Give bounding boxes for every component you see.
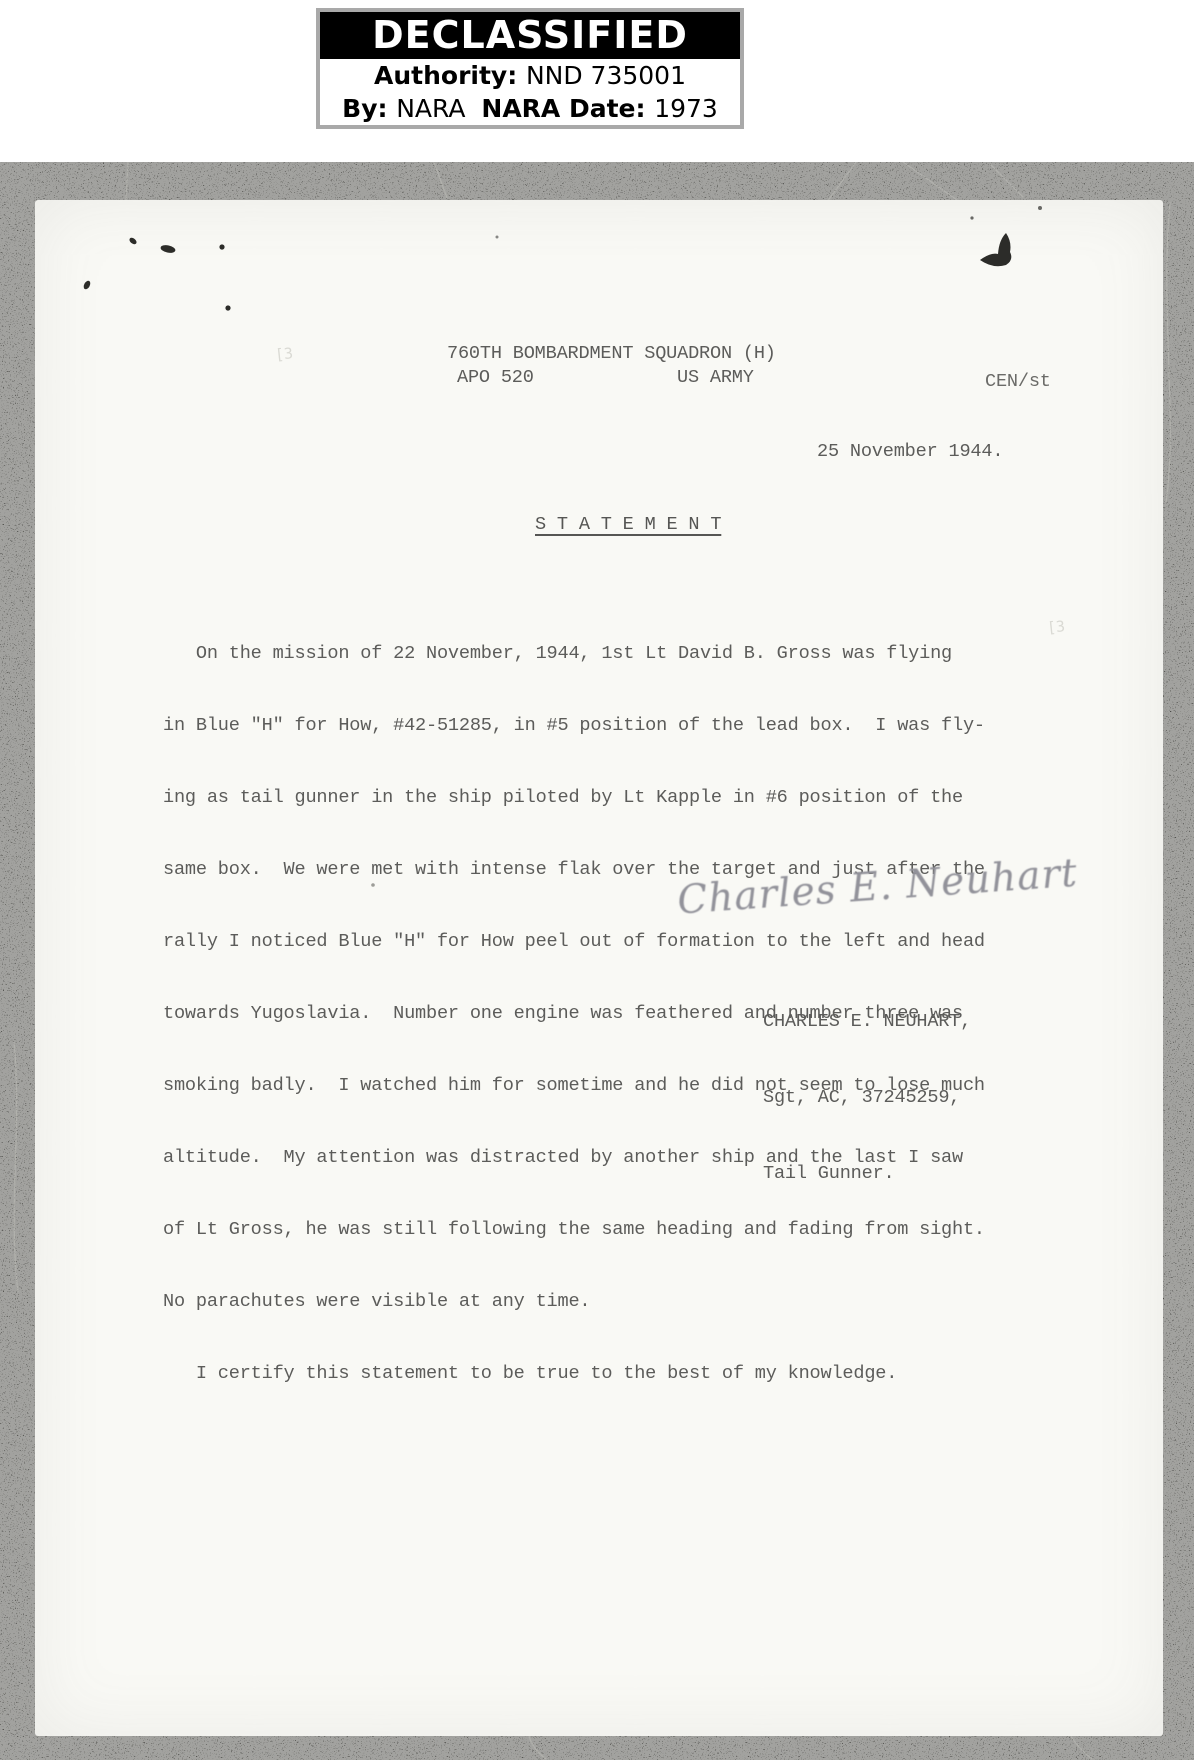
ink-speck (82, 280, 91, 291)
by-value: NARA (396, 94, 481, 123)
letterhead-apo: APO 520 (457, 367, 534, 388)
margin-mark: [3 (1046, 617, 1066, 637)
by-label: By: (342, 94, 396, 123)
ink-blot (980, 233, 1011, 266)
ink-speck (219, 244, 224, 249)
ink-speck (970, 216, 973, 219)
signature-rank: Sgt, AC, 37245259, (763, 1085, 971, 1110)
ink-speck (1038, 206, 1042, 210)
document-date: 25 November 1944. (817, 441, 1003, 462)
body-line: rally I noticed Blue "H" for How peel ou… (163, 930, 985, 954)
ink-speck (128, 236, 138, 245)
body-line: On the mission of 22 November, 1944, 1st… (163, 642, 985, 666)
ink-speck (160, 244, 176, 254)
body-line: ing as tail gunner in the ship piloted b… (163, 786, 985, 810)
declassified-stamp: DECLASSIFIED Authority: NND 735001 By: N… (316, 8, 744, 129)
stamp-by-line: By: NARA NARA Date: 1973 (320, 92, 740, 125)
authority-value: NND 735001 (526, 61, 686, 90)
signature-duty: Tail Gunner. (763, 1161, 971, 1186)
stamp-authority-line: Authority: NND 735001 (320, 59, 740, 92)
letterhead-unit: 760TH BOMBARDMENT SQUADRON (H) (447, 343, 776, 364)
document-title: S T A T E M E N T (535, 514, 721, 535)
margin-mark: [3 (274, 344, 294, 364)
ink-speck (496, 236, 499, 239)
letterhead-office-code: CEN/st (985, 371, 1051, 392)
authority-label: Authority: (374, 61, 526, 90)
letterhead-army: US ARMY (677, 367, 754, 388)
body-line: No parachutes were visible at any time. (163, 1290, 985, 1314)
ink-speck (225, 305, 230, 310)
signature-block: CHARLES E. NEUHART, Sgt, AC, 37245259, T… (763, 958, 971, 1237)
body-line: in Blue "H" for How, #42-51285, in #5 po… (163, 714, 985, 738)
signature-name: CHARLES E. NEUHART, (763, 1009, 971, 1034)
body-line: I certify this statement to be true to t… (163, 1362, 985, 1386)
nara-date-value: 1973 (654, 94, 718, 123)
nara-date-label: NARA Date: (481, 94, 654, 123)
paper: 760TH BOMBARDMENT SQUADRON (H) APO 520 U… (35, 200, 1163, 1736)
declassified-stamp-title: DECLASSIFIED (320, 12, 740, 59)
